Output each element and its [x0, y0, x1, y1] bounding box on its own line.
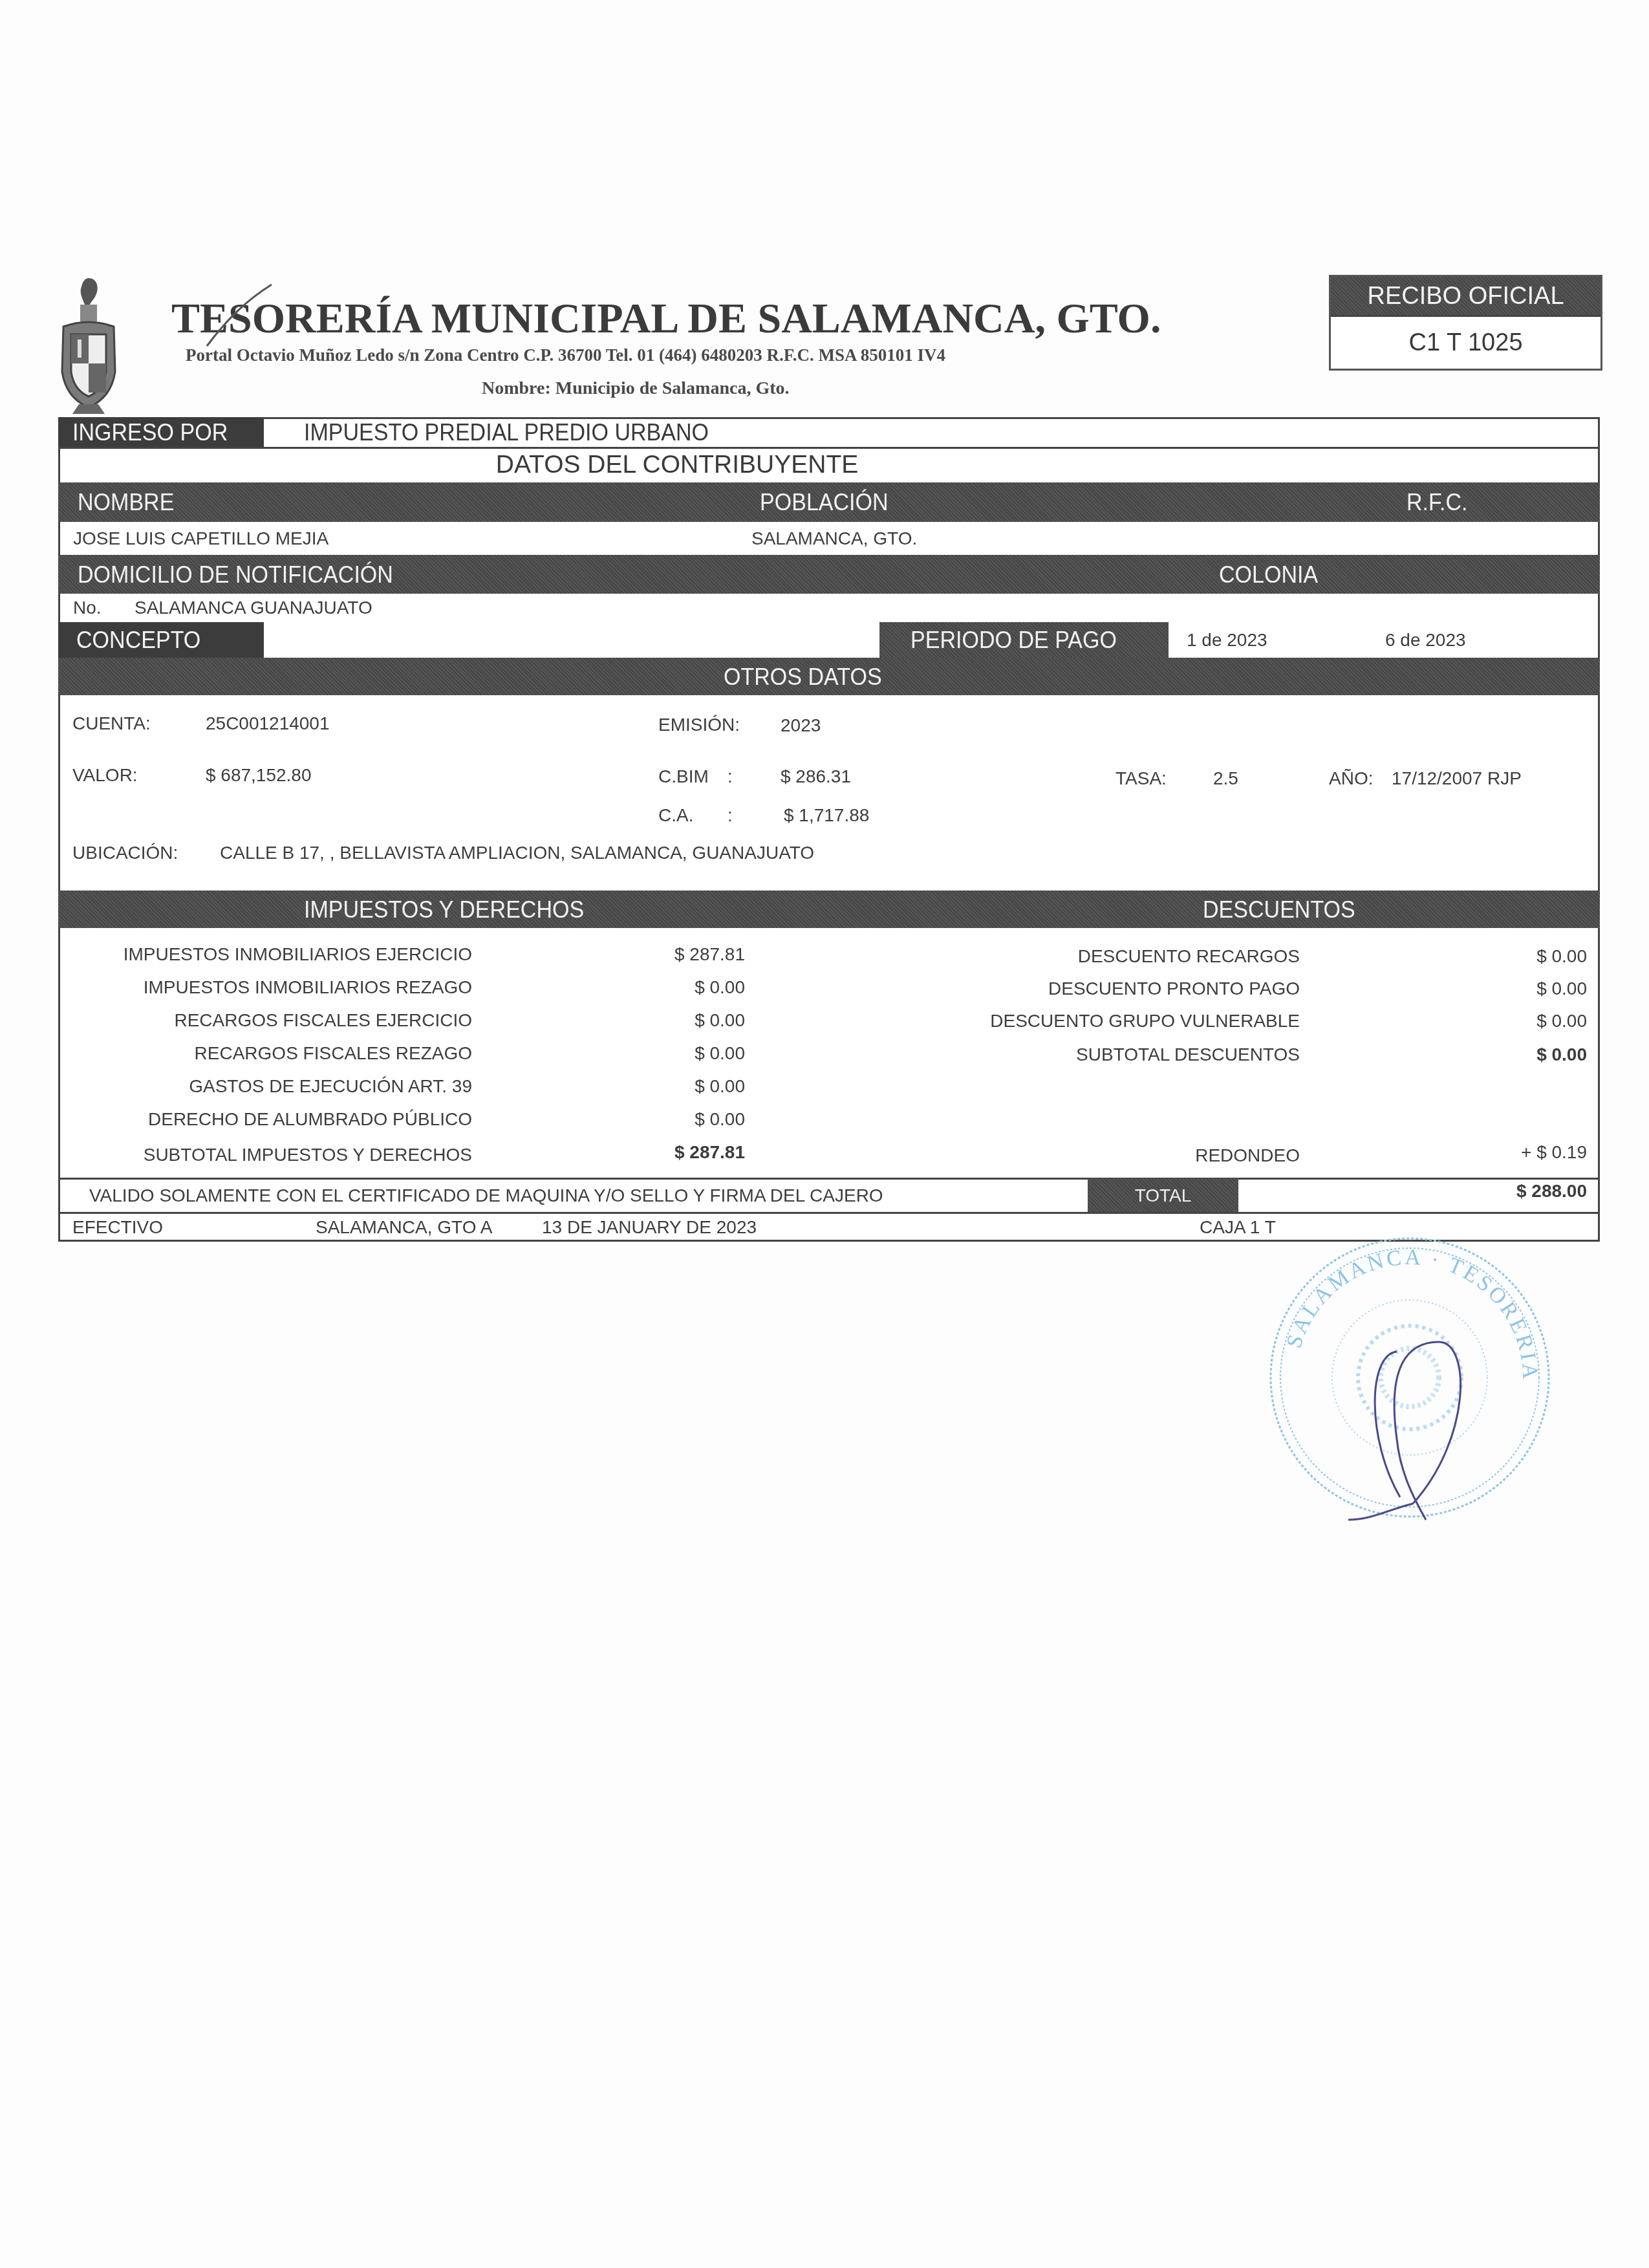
payment-place: SALAMANCA, GTO A	[316, 1218, 492, 1237]
impuestos-descuentos-header: IMPUESTOS Y DERECHOS DESCUENTOS	[58, 891, 1600, 928]
validity-note-text: VALIDO SOLAMENTE CON EL CERTIFICADO DE M…	[89, 1187, 883, 1205]
domicilio-label: DOMICILIO DE NOTIFICACIÓN	[78, 563, 393, 587]
tasa-value: 2.5	[1213, 770, 1238, 788]
total-label: TOTAL	[1088, 1178, 1238, 1213]
receipt-number: C1 T 1025	[1331, 317, 1600, 369]
contribuyente-section-title: DATOS DEL CONTRIBUYENTE	[58, 448, 1600, 482]
descuento-item-amount: $ 0.00	[1536, 980, 1587, 998]
descuento-item-label: DESCUENTO PRONTO PAGO	[1048, 980, 1300, 998]
colonia-label: COLONIA	[1219, 563, 1318, 587]
payment-date: 13 DE JANUARY DE 2023	[542, 1218, 757, 1237]
impuesto-item-label: IMPUESTOS INMOBILIARIOS EJERCICIO	[124, 945, 472, 964]
domicilio-value-row: No. SALAMANCA GUANAJUATO	[58, 594, 1600, 622]
ingreso-por-label-text: INGRESO POR	[72, 420, 228, 444]
ca-label: C.A.	[658, 806, 693, 825]
descuentos-subtotal-value: $ 0.00	[1536, 1046, 1587, 1064]
impuesto-item-label: DERECHO DE ALUMBRADO PÚBLICO	[148, 1110, 472, 1129]
periodo-desde: 1 de 2023	[1187, 631, 1267, 649]
emision-label: EMISIÓN:	[658, 716, 740, 734]
impuesto-item-label: IMPUESTOS INMOBILIARIOS REZAGO	[144, 978, 472, 997]
ingreso-por-value: IMPUESTO PREDIAL PREDIO URBANO	[304, 417, 1209, 448]
impuesto-item-label: GASTOS DE EJECUCIÓN ART. 39	[189, 1077, 472, 1096]
rfc-label: R.F.C.	[1406, 490, 1468, 514]
concepto-label-text: CONCEPTO	[76, 628, 200, 652]
ca-value: $ 1,717.88	[784, 806, 869, 825]
impuesto-item-amount: $ 0.00	[695, 1110, 745, 1129]
periodo-pago-label-text: PERIODO DE PAGO	[911, 628, 1117, 652]
total-label-text: TOTAL	[1135, 1187, 1192, 1205]
descuentos-title: DESCUENTOS	[1203, 898, 1355, 922]
ingreso-por-value-text: IMPUESTO PREDIAL PREDIO URBANO	[304, 420, 709, 444]
official-receipt-box: RECIBO OFICIAL C1 T 1025	[1329, 275, 1602, 371]
treasury-address: Portal Octavio Muñoz Ledo s/n Zona Centr…	[186, 345, 945, 365]
impuestos-subtotal-value: $ 287.81	[674, 1143, 745, 1161]
periodo-pago-values: 1 de 2023 6 de 2023	[1169, 622, 1600, 658]
poblacion-label: POBLACIÓN	[760, 490, 889, 514]
payment-method: EFECTIVO	[72, 1218, 163, 1237]
otros-datos-title: OTROS DATOS	[724, 665, 882, 689]
svg-text:SALAMANCA · TESORERIA MUNICIPA: SALAMANCA · TESORERIA MUNICIPAL	[1258, 1226, 1542, 1381]
nombre-value-row: JOSE LUIS CAPETILLO MEJIA SALAMANCA, GTO…	[58, 522, 1600, 555]
impuesto-item-amount: $ 0.00	[695, 1011, 745, 1030]
ubicacion-label: UBICACIÓN:	[72, 844, 178, 862]
valor-value: $ 687,152.80	[206, 766, 312, 784]
periodo-pago-label: PERIODO DE PAGO	[879, 622, 1169, 658]
impuesto-item-amount: $ 0.00	[695, 1044, 745, 1063]
municipal-coat-of-arms-icon	[59, 275, 118, 417]
periodo-hasta: 6 de 2023	[1385, 631, 1466, 649]
concepto-value	[264, 622, 879, 658]
anio-value: 17/12/2007 RJP	[1392, 770, 1522, 788]
otros-datos-header: OTROS DATOS	[58, 658, 1600, 695]
nombre-value: JOSE LUIS CAPETILLO MEJIA	[73, 530, 329, 548]
cbim-label: C.BIM	[658, 768, 709, 786]
tasa-label: TASA:	[1115, 770, 1167, 788]
impuestos-title: IMPUESTOS Y DERECHOS	[304, 898, 584, 922]
cbim-value: $ 286.31	[781, 768, 851, 786]
contribuyente-section-title-text: DATOS DEL CONTRIBUYENTE	[496, 451, 859, 479]
descuento-item-label: DESCUENTO RECARGOS	[1078, 947, 1300, 966]
descuento-item-label: DESCUENTO GRUPO VULNERABLE	[990, 1012, 1300, 1030]
impuestos-subtotal-label: SUBTOTAL IMPUESTOS Y DERECHOS	[144, 1146, 472, 1164]
cuenta-value: 25C001214001	[206, 715, 330, 733]
validity-note: VALIDO SOLAMENTE CON EL CERTIFICADO DE M…	[58, 1178, 1088, 1213]
concepto-label: CONCEPTO	[58, 622, 264, 658]
ca-separator: :	[727, 806, 733, 825]
impuesto-item-label: RECARGOS FISCALES REZAGO	[195, 1044, 472, 1063]
official-receipt-label: RECIBO OFICIAL	[1331, 277, 1600, 316]
domicilio-value: SALAMANCA GUANAJUATO	[135, 599, 372, 617]
impuesto-item-amount: $ 0.00	[695, 1077, 745, 1096]
cbim-separator: :	[727, 768, 733, 786]
descuento-item-amount: $ 0.00	[1536, 947, 1587, 966]
official-seal-stamp-icon: SALAMANCA · TESORERIA MUNICIPAL	[1258, 1226, 1562, 1529]
nombre-label: NOMBRE	[78, 490, 174, 514]
treasury-title: TESORERÍA MUNICIPAL DE SALAMANCA, GTO.	[171, 294, 1161, 343]
total-value: $ 288.00	[1516, 1182, 1587, 1200]
ingreso-por-label: INGRESO POR	[58, 417, 264, 448]
poblacion-value: SALAMANCA, GTO.	[751, 530, 917, 548]
descuento-item-amount: $ 0.00	[1536, 1012, 1587, 1030]
emision-value: 2023	[781, 717, 821, 735]
pen-stroke-mark	[200, 281, 278, 352]
domicilio-no-label: No.	[73, 599, 102, 617]
impuesto-item-label: RECARGOS FISCALES EJERCICIO	[174, 1011, 472, 1030]
ubicacion-value: CALLE B 17, , BELLAVISTA AMPLIACION, SAL…	[220, 844, 814, 862]
nombre-header-bar: NOMBRE POBLACIÓN R.F.C.	[58, 482, 1600, 522]
impuesto-item-amount: $ 287.81	[674, 945, 745, 964]
valor-label: VALOR:	[72, 766, 138, 784]
redondeo-value: + $ 0.19	[1521, 1143, 1587, 1161]
municipality-name: Nombre: Municipio de Salamanca, Gto.	[482, 378, 789, 399]
domicilio-header-bar: DOMICILIO DE NOTIFICACIÓN COLONIA	[58, 555, 1600, 594]
descuentos-subtotal-label: SUBTOTAL DESCUENTOS	[1076, 1046, 1300, 1064]
cuenta-label: CUENTA:	[72, 715, 151, 733]
anio-label: AÑO:	[1329, 770, 1373, 788]
impuesto-item-amount: $ 0.00	[695, 978, 745, 997]
redondeo-label: REDONDEO	[1195, 1147, 1300, 1165]
